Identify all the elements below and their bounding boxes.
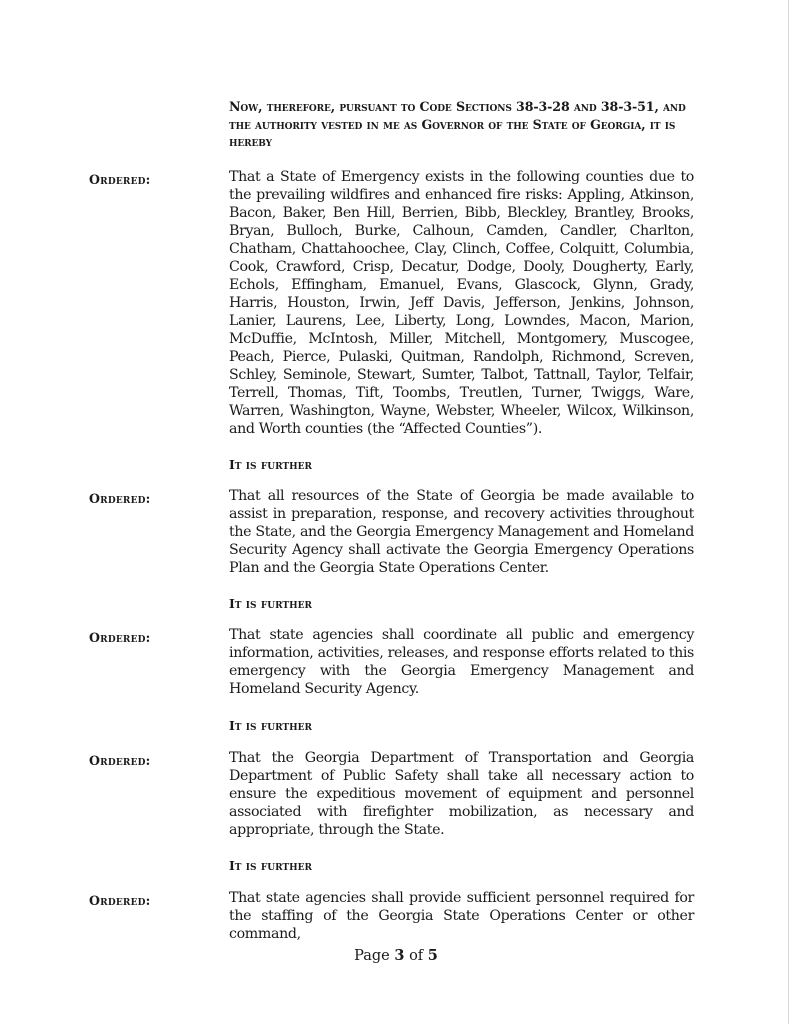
page-word: Page [354, 948, 390, 964]
order-paragraph-1: That a State of Emergency exists in the … [229, 168, 694, 438]
total-pages-number: 5 [428, 947, 438, 964]
further-heading-3: It is further [229, 718, 312, 733]
further-heading-2: It is further [229, 596, 312, 611]
page-footer: Page 3 of 5 [0, 947, 792, 964]
current-page-number: 3 [394, 947, 404, 964]
ordered-label-3: Ordered: [89, 630, 151, 645]
further-heading-4: It is further [229, 858, 312, 873]
scan-edge-line [788, 0, 789, 1024]
ordered-label-5: Ordered: [89, 893, 151, 908]
ordered-label-1: Ordered: [89, 172, 151, 187]
ordered-label-2: Ordered: [89, 491, 151, 506]
order-paragraph-3: That state agencies shall coordinate all… [229, 626, 694, 698]
preamble: Now, therefore, pursuant to Code Section… [229, 98, 694, 151]
of-word: of [409, 948, 423, 964]
order-paragraph-4: That the Georgia Department of Transport… [229, 749, 694, 839]
order-paragraph-5: That state agencies shall provide suffic… [229, 889, 694, 943]
further-heading-1: It is further [229, 457, 312, 472]
ordered-label-4: Ordered: [89, 753, 151, 768]
order-paragraph-2: That all resources of the State of Georg… [229, 487, 694, 577]
